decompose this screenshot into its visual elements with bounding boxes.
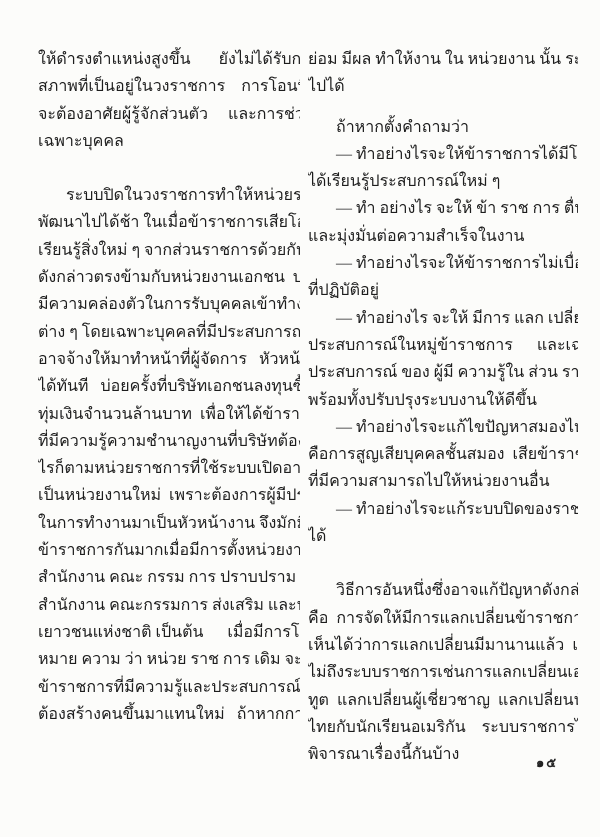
text-line: ประสบการณ์ ของ ผู้มี ความรู้ใน ส่วน ราชก… — [308, 359, 578, 386]
text-line: ข้าราชการกันมากเมื่อมีการตั้งหน่วยงานใหม… — [38, 537, 300, 564]
text-line: ทุ่มเงินจำนวนล้านบาท เพื่อให้ได้ข้าราชกา… — [38, 401, 300, 428]
text-line: ดังกล่าวตรงข้ามกับหน่วยงานเอกชน บริษัทเอ… — [38, 264, 300, 291]
text-line: หมาย ความ ว่า หน่วย ราช การ เดิม จะ ต้อง… — [38, 646, 300, 673]
text-line: ถ้าหากตั้งคำถามว่า — [308, 114, 578, 141]
text-line: ที่มีความรู้ความชำนาญงานที่บริษัทต้องการ… — [38, 428, 300, 455]
text-line: — ทำ อย่างไร จะให้ ข้า ราช การ ตื่น ตัว — [308, 195, 578, 222]
text-line: ต้องสร้างคนขึ้นมาแทนใหม่ ถ้าหากการโอนมีม… — [38, 701, 300, 728]
page-number: ๑๕ — [536, 752, 558, 773]
text-line: เห็นได้ว่าการแลกเปลี่ยนมีมานานแล้ว แต่ยั… — [308, 632, 578, 659]
text-line: เรียนรู้สิ่งใหม่ ๆ จากส่วนราชการด้วยกัน … — [38, 237, 300, 264]
text-line: พัฒนาไปได้ช้า ในเมื่อข้าราชการเสียโอกาสท… — [38, 209, 300, 236]
text-line: และมุ่งมั่นต่อความสำเร็จในงาน — [308, 223, 578, 250]
text-line: ย่อม มีผล ทำให้งาน ใน หน่วยงาน นั้น ระส่… — [308, 46, 578, 73]
text-line: วิธีการอันหนึ่งซึ่งอาจแก้ปัญหาดังกล่าวได… — [308, 577, 578, 604]
text-line: ต่าง ๆ โดยเฉพาะบุคคลที่มีประสบการณ์สูง บ… — [38, 319, 300, 346]
text-line: ไม่ถึงระบบราชการเช่นการแลกเปลี่ยนเอกอัคร… — [308, 659, 578, 686]
text-line: ประสบการณ์ในหมู่ข้าราชการ และเฉลี่ย — [308, 332, 578, 359]
text-line: ให้ดำรงตำแหน่งสูงขึ้น ยังไม่ได้รับการแต่… — [38, 46, 300, 73]
text-line: — ทำอย่างไรจะให้ข้าราชการได้มีโอกาส — [308, 141, 578, 168]
block-carryover: ย่อม มีผล ทำให้งาน ใน หน่วยงาน นั้น ระส่… — [308, 46, 578, 101]
text-line: เยาวชนแห่งชาติ เป็นต้น เมื่อมีการโอนเกิด… — [38, 619, 300, 646]
text-line: ระบบปิดในวงราชการทำให้หน่วยราชการ — [38, 182, 300, 209]
text-line: — ทำอย่างไร จะให้ มีการ แลก เปลี่ยน — [308, 305, 578, 332]
right-column: ย่อม มีผล ทำให้งาน ใน หน่วยงาน นั้น ระส่… — [308, 46, 578, 768]
text-line: ไปได้ — [308, 73, 578, 100]
text-line: คือ การจัดให้มีการแลกเปลี่ยนข้าราชการ จะ — [308, 605, 578, 632]
text-line: ที่มีความสามารถไปให้หน่วยงานอื่น — [308, 468, 578, 495]
block-exchange: วิธีการอันหนึ่งซึ่งอาจแก้ปัญหาดังกล่าวได… — [308, 577, 578, 768]
text-line: ได้ทันที บ่อยครั้งที่บริษัทเอกชนลงทุนซื้… — [38, 373, 300, 400]
text-columns: ให้ดำรงตำแหน่งสูงขึ้น ยังไม่ได้รับการแต่… — [0, 0, 600, 768]
text-line: ทูต แลกเปลี่ยนผู้เชี่ยวชาญ แลกเปลี่ยนนัก… — [308, 687, 578, 714]
block-carryover: ให้ดำรงตำแหน่งสูงขึ้น ยังไม่ได้รับการแต่… — [38, 46, 300, 155]
left-column: ให้ดำรงตำแหน่งสูงขึ้น ยังไม่ได้รับการแต่… — [38, 46, 300, 728]
text-line: พร้อมทั้งปรับปรุงระบบงานให้ดีขึ้น — [308, 387, 578, 414]
block-closed-system: ระบบปิดในวงราชการทำให้หน่วยราชการพัฒนาไป… — [38, 182, 300, 728]
text-line: ข้าราชการที่มีความรู้และประสบการณ์ไป และ… — [38, 674, 300, 701]
text-line: — ทำอย่างไรจะแก้ไขปัญหาสมองไหล — [308, 414, 578, 441]
text-line: ในการทำงานมาเป็นหัวหน้างาน จึงมักมีการโอ… — [38, 510, 300, 537]
text-line: มีความคล่องตัวในการรับบุคคลเข้าทำงานในระ… — [38, 291, 300, 318]
text-line: ได้เรียนรู้ประสบการณ์ใหม่ ๆ — [308, 168, 578, 195]
text-line: จะต้องอาศัยผู้รู้จักส่วนตัว และการช่วยเห… — [38, 101, 300, 128]
text-line: สำนักงาน คณะกรรมการ ส่งเสริม และประสานงา… — [38, 592, 300, 619]
block-questions: ถ้าหากตั้งคำถามว่า — ทำอย่างไรจะให้ข้ารา… — [308, 114, 578, 551]
text-line: สำนักงาน คณะ กรรม การ ปราบปราม ยาเสพ ติด — [38, 564, 300, 591]
text-line: ที่ปฏิบัติอยู่ — [308, 277, 578, 304]
text-line: สภาพที่เป็นอยู่ในวงราชการ การโอนที่เกิดข… — [38, 73, 300, 100]
text-line: ไรก็ตามหน่วยราชการที่ใช้ระบบเปิดอาจมีในก… — [38, 455, 300, 482]
text-line: เฉพาะบุคคล — [38, 128, 300, 155]
text-line: ไทยกับนักเรียนอเมริกัน ระบบราชการไทยน่าจ… — [308, 714, 578, 741]
text-line: ได้ — [308, 523, 578, 550]
text-line: อาจจ้างให้มาทำหน้าที่ผู้จัดการ หัวหน้าฝ่… — [38, 346, 300, 373]
text-line: — ทำอย่างไรจะให้ข้าราชการไม่เบื่องาน — [308, 250, 578, 277]
text-line: คือการสูญเสียบุคคลชั้นสมอง เสียข้าราชการ — [308, 441, 578, 468]
text-line: — ทำอย่างไรจะแก้ระบบปิดของราชการ — [308, 496, 578, 523]
text-line: เป็นหน่วยงานใหม่ เพราะต้องการผู้มีประสบก… — [38, 482, 300, 509]
document-page: ให้ดำรงตำแหน่งสูงขึ้น ยังไม่ได้รับการแต่… — [0, 0, 600, 837]
